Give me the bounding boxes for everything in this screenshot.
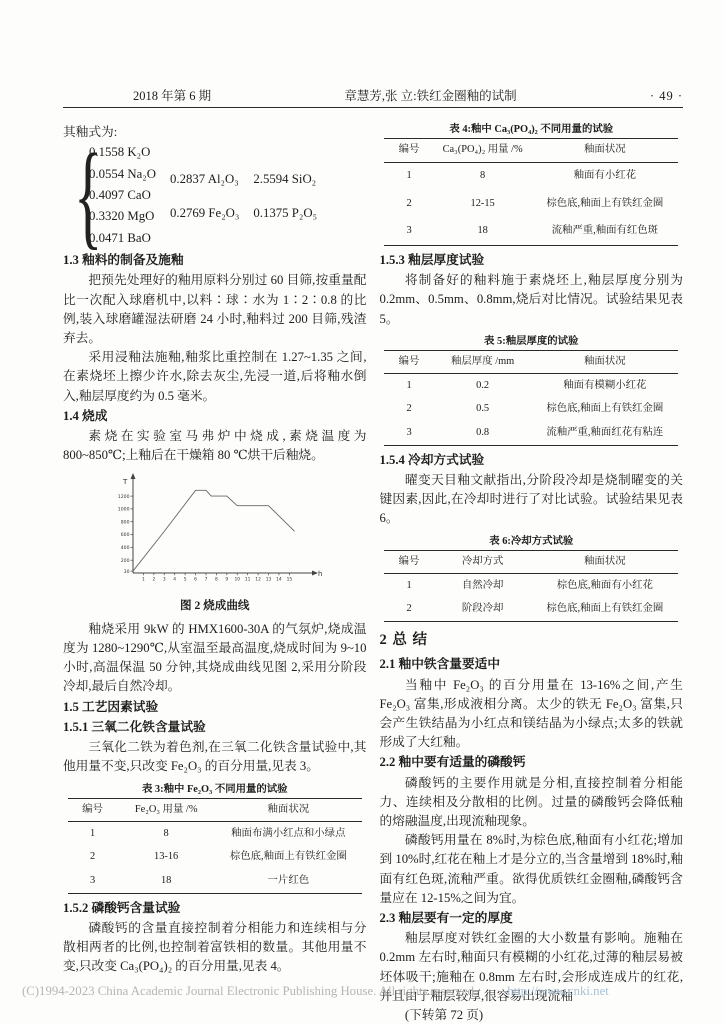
right-column: 表 4:釉中 Ca₃(PO₄)₂ 不同用量的试验 编号 Ca₃(PO₄)₂ 用量… bbox=[380, 121, 684, 1024]
formula-column-amphoteric: 0.2837 Al₂O₃ 0.2769 Fe₂O₃ bbox=[170, 162, 239, 230]
svg-text:12: 12 bbox=[255, 577, 261, 583]
formula-item: 0.2837 Al₂O₃ bbox=[170, 162, 239, 196]
svg-text:13: 13 bbox=[265, 577, 271, 583]
header-rule bbox=[63, 107, 683, 108]
section-heading-1-5-2: 1.5.2 磷酸钙含量试验 bbox=[63, 899, 367, 918]
paragraph: 素烧在实验室马弗炉中烧成,素烧温度为 800~850℃;上釉后在干燥箱 80 ℃… bbox=[63, 427, 367, 465]
running-title: 章慧芳,张 立:铁红金圈釉的试制 bbox=[344, 86, 516, 104]
paragraph: 三氧化二铁为着色剂,在三氧二化铁含量试验中,其他用量不变,只改变 Fe₂O₃ 的… bbox=[63, 738, 367, 776]
svg-text:15: 15 bbox=[286, 577, 292, 583]
svg-text:10: 10 bbox=[234, 577, 240, 583]
copyright-text: (C)1994-2023 China Academic Journal Elec… bbox=[22, 984, 477, 999]
column-header: 釉面状况 bbox=[531, 550, 678, 574]
left-column: 其釉式为: { 0.1558 K₂O 0.0554 Na₂O 0.4097 Ca… bbox=[63, 121, 367, 1024]
table-cell: 2 bbox=[384, 598, 434, 622]
table-cell: 18 bbox=[118, 869, 215, 893]
svg-text:1000: 1000 bbox=[118, 507, 130, 513]
table-cell: 棕色底,釉面上有铁红金圈 bbox=[215, 846, 362, 870]
table-cell: 1 bbox=[384, 162, 434, 190]
table-5-title: 表 5:釉层厚度的试验 bbox=[380, 335, 684, 348]
table-cell: 3 bbox=[384, 421, 434, 445]
column-header: 编号 bbox=[384, 350, 434, 374]
table-cell: 0.8 bbox=[434, 421, 531, 445]
table-cell: 釉面有小红花 bbox=[531, 162, 678, 190]
table-cell: 1 bbox=[384, 374, 434, 398]
svg-text:7: 7 bbox=[204, 577, 207, 583]
table-cell: 18 bbox=[434, 218, 531, 246]
journal-issue: 2018 年第 6 期 bbox=[63, 86, 211, 104]
table-header-row: 编号 釉层厚度 /mm 釉面状况 bbox=[384, 350, 678, 374]
column-header: Ca₃(PO₄)₂ 用量 /% bbox=[434, 139, 531, 163]
column-header: 釉面状况 bbox=[531, 350, 678, 374]
table-cell: 釉面有模糊小红花 bbox=[531, 374, 678, 398]
table-cell: 流釉严重,釉面有红色斑 bbox=[531, 218, 678, 246]
table-cell: 3 bbox=[68, 869, 118, 893]
table-4-title: 表 4:釉中 Ca₃(PO₄)₂ 不同用量的试验 bbox=[380, 123, 684, 136]
table-cell: 2 bbox=[384, 398, 434, 422]
paragraph: 磷酸钙的含量直接控制着分相能力和连续相与分散相两者的比例,也控制着富铁相的数量。… bbox=[63, 919, 367, 977]
figure-2-caption: 图 2 烧成曲线 bbox=[63, 596, 367, 615]
formula-item: 0.2769 Fe₂O₃ bbox=[170, 196, 239, 230]
section-heading-1-5-3: 1.5.3 釉层厚度试验 bbox=[380, 251, 684, 270]
table-cell: 3 bbox=[384, 218, 434, 246]
svg-text:11: 11 bbox=[245, 577, 251, 583]
table-cell: 8 bbox=[118, 822, 215, 846]
table-cell: 棕色底,釉面上有铁红金圈 bbox=[531, 598, 678, 622]
section-heading-1-5: 1.5 工艺因素试验 bbox=[63, 698, 367, 717]
svg-text:8: 8 bbox=[215, 577, 218, 583]
paragraph: 釉烧采用 9kW 的 HMX1600-30A 的气氛炉,烧成温度为 1280~1… bbox=[63, 620, 367, 697]
table-header-row: 编号 Fe₂O₃ 用量 /% 釉面状况 bbox=[68, 798, 362, 822]
table-cell: 棕色底,釉面有小红花 bbox=[531, 574, 678, 598]
section-heading-2-3: 2.3 釉层要有一定的厚度 bbox=[380, 909, 684, 928]
table-row: 2 12-15 棕色底,釉面上有铁红金圈 bbox=[384, 190, 678, 218]
table-cell: 2 bbox=[68, 846, 118, 870]
table-cell: 棕色底,釉面上有铁红金圈 bbox=[531, 398, 678, 422]
table-cell: 0.2 bbox=[434, 374, 531, 398]
cnki-link[interactable]: http://www.cnki.net bbox=[507, 984, 609, 999]
svg-text:1200: 1200 bbox=[118, 494, 130, 500]
formula-item: 2.5594 SiO₂ bbox=[253, 162, 317, 196]
section-heading-1-5-1: 1.5.1 三氧二化铁含量试验 bbox=[63, 718, 367, 737]
svg-text:800: 800 bbox=[120, 520, 129, 526]
formula-item: 0.1375 P₂O₅ bbox=[253, 196, 317, 230]
svg-text:2: 2 bbox=[152, 577, 155, 583]
journal-page: 2018 年第 6 期 章慧芳,张 立:铁红金圈釉的试制 · 49 · 其釉式为… bbox=[0, 0, 724, 1024]
paragraph: 采用浸釉法施釉,釉浆比重控制在 1.27~1.35 之间,在素烧坯上擦少许水,除… bbox=[63, 348, 367, 406]
column-header: 釉面状况 bbox=[215, 798, 362, 822]
table-row: 2 阶段冷却 棕色底,釉面上有铁红金圈 bbox=[384, 598, 678, 622]
svg-text:9: 9 bbox=[225, 577, 228, 583]
page-header: 2018 年第 6 期 章慧芳,张 立:铁红金圈釉的试制 · 49 · bbox=[63, 86, 683, 104]
section-heading-1-4: 1.4 烧成 bbox=[63, 407, 367, 426]
table-cell: 2 bbox=[384, 190, 434, 218]
table-5: 编号 釉层厚度 /mm 釉面状况 1 0.2 釉面有模糊小红花 2 0.5 棕色… bbox=[384, 350, 678, 446]
table-cell: 1 bbox=[384, 574, 434, 598]
table-cell: 一片红色 bbox=[215, 869, 362, 893]
section-heading-1-5-4: 1.5.4 冷却方式试验 bbox=[380, 451, 684, 470]
table-row: 3 18 流釉严重,釉面有红色斑 bbox=[384, 218, 678, 246]
table-cell: 釉面布满小红点和小绿点 bbox=[215, 822, 362, 846]
column-header: 编号 bbox=[384, 550, 434, 574]
table-row: 1 自然冷却 棕色底,釉面有小红花 bbox=[384, 574, 678, 598]
svg-text:1: 1 bbox=[142, 577, 145, 583]
paragraph: 磷酸钙用量在 8%时,为棕色底,釉面有小红花;增加到 10%时,红花在釉上才是分… bbox=[380, 831, 684, 908]
formula-lead: 其釉式为: bbox=[63, 123, 367, 142]
paragraph: 曜变天目釉文献指出,分阶段冷却是烧制曜变的关键因素,因此,在冷却时进行了对比试验… bbox=[380, 471, 684, 529]
table-cell: 棕色底,釉面上有铁红金圈 bbox=[531, 190, 678, 218]
section-heading-2-1: 2.1 釉中铁含量要适中 bbox=[380, 655, 684, 674]
table-row: 1 8 釉面有小红花 bbox=[384, 162, 678, 190]
svg-text:4: 4 bbox=[173, 577, 176, 583]
table-cell: 12-15 bbox=[434, 190, 531, 218]
section-heading-1-3: 1.3 釉料的制备及施釉 bbox=[63, 251, 367, 270]
table-cell: 流釉严重,釉面红花有粘连 bbox=[531, 421, 678, 445]
table-row: 1 8 釉面布满小红点和小绿点 bbox=[68, 822, 362, 846]
svg-text:200: 200 bbox=[120, 558, 129, 564]
column-header: 冷却方式 bbox=[434, 550, 531, 574]
section-heading-2-2: 2.2 釉中要有适量的磷酸钙 bbox=[380, 753, 684, 772]
svg-text:6: 6 bbox=[194, 577, 197, 583]
paragraph: 当釉中 Fe₂O₃ 的百分用量在 13-16%之间,产生 Fe₂O₃ 富集,形成… bbox=[380, 676, 684, 753]
table-cell: 13-16 bbox=[118, 846, 215, 870]
svg-text:600: 600 bbox=[120, 533, 129, 539]
table-cell: 1 bbox=[68, 822, 118, 846]
table-row: 1 0.2 釉面有模糊小红花 bbox=[384, 374, 678, 398]
table-3-title: 表 3:釉中 Fe₂O₃ 不同用量的试验 bbox=[63, 783, 367, 796]
figure-2: Th30200400600800100012001234567891011121… bbox=[63, 470, 367, 594]
firing-curve-chart: Th30200400600800100012001234567891011121… bbox=[107, 470, 323, 588]
table-row: 3 18 一片红色 bbox=[68, 869, 362, 893]
svg-text:400: 400 bbox=[120, 546, 129, 552]
table-cell: 自然冷却 bbox=[434, 574, 531, 598]
column-header: Fe₂O₃ 用量 /% bbox=[118, 798, 215, 822]
table-cell: 阶段冷却 bbox=[434, 598, 531, 622]
column-header: 釉层厚度 /mm bbox=[434, 350, 531, 374]
svg-text:3: 3 bbox=[163, 577, 166, 583]
table-row: 3 0.8 流釉严重,釉面红花有粘连 bbox=[384, 421, 678, 445]
paragraph: 磷酸钙的主要作用就是分相,直接控制着分相能力、连续相及分散相的比例。过量的磷酸钙… bbox=[380, 774, 684, 832]
column-header: 编号 bbox=[384, 139, 434, 163]
paragraph: 将制备好的釉料施于素烧坯上,釉层厚度分别为 0.2mm、0.5mm、0.8mm,… bbox=[380, 271, 684, 329]
svg-text:5: 5 bbox=[183, 577, 186, 583]
column-header: 釉面状况 bbox=[531, 139, 678, 163]
svg-text:30: 30 bbox=[123, 569, 129, 575]
svg-text:h: h bbox=[318, 570, 322, 578]
continuation-note: (下转第 72 页) bbox=[380, 1006, 684, 1024]
page-footer: (C)1994-2023 China Academic Journal Elec… bbox=[22, 984, 702, 999]
svg-text:T: T bbox=[122, 478, 128, 486]
section-heading-2: 2 总 结 bbox=[380, 631, 684, 650]
article-body: 其釉式为: { 0.1558 K₂O 0.0554 Na₂O 0.4097 Ca… bbox=[63, 121, 683, 1024]
table-4: 编号 Ca₃(PO₄)₂ 用量 /% 釉面状况 1 8 釉面有小红花 2 12-… bbox=[384, 138, 678, 246]
table-cell: 8 bbox=[434, 162, 531, 190]
svg-text:14: 14 bbox=[276, 577, 282, 583]
table-row: 2 0.5 棕色底,釉面上有铁红金圈 bbox=[384, 398, 678, 422]
table-cell: 0.5 bbox=[434, 398, 531, 422]
glaze-formula: { 0.1558 K₂O 0.0554 Na₂O 0.4097 CaO 0.33… bbox=[69, 142, 367, 249]
table-header-row: 编号 Ca₃(PO₄)₂ 用量 /% 釉面状况 bbox=[384, 139, 678, 163]
table-row: 2 13-16 棕色底,釉面上有铁红金圈 bbox=[68, 846, 362, 870]
table-header-row: 编号 冷却方式 釉面状况 bbox=[384, 550, 678, 574]
table-6-title: 表 6:冷却方式试验 bbox=[380, 535, 684, 548]
paragraph: 把预先处理好的釉用原料分别过 60 目筛,按重量配比一次配入球磨机中,以料∶球∶… bbox=[63, 271, 367, 348]
formula-brace: { bbox=[74, 143, 84, 249]
page-number: · 49 · bbox=[650, 89, 683, 104]
formula-column-acidic: 2.5594 SiO₂ 0.1375 P₂O₅ bbox=[253, 162, 317, 230]
table-3: 编号 Fe₂O₃ 用量 /% 釉面状况 1 8 釉面布满小红点和小绿点 2 13… bbox=[68, 798, 362, 894]
table-6: 编号 冷却方式 釉面状况 1 自然冷却 棕色底,釉面有小红花 2 阶段冷却 棕色… bbox=[384, 550, 678, 623]
column-header: 编号 bbox=[68, 798, 118, 822]
